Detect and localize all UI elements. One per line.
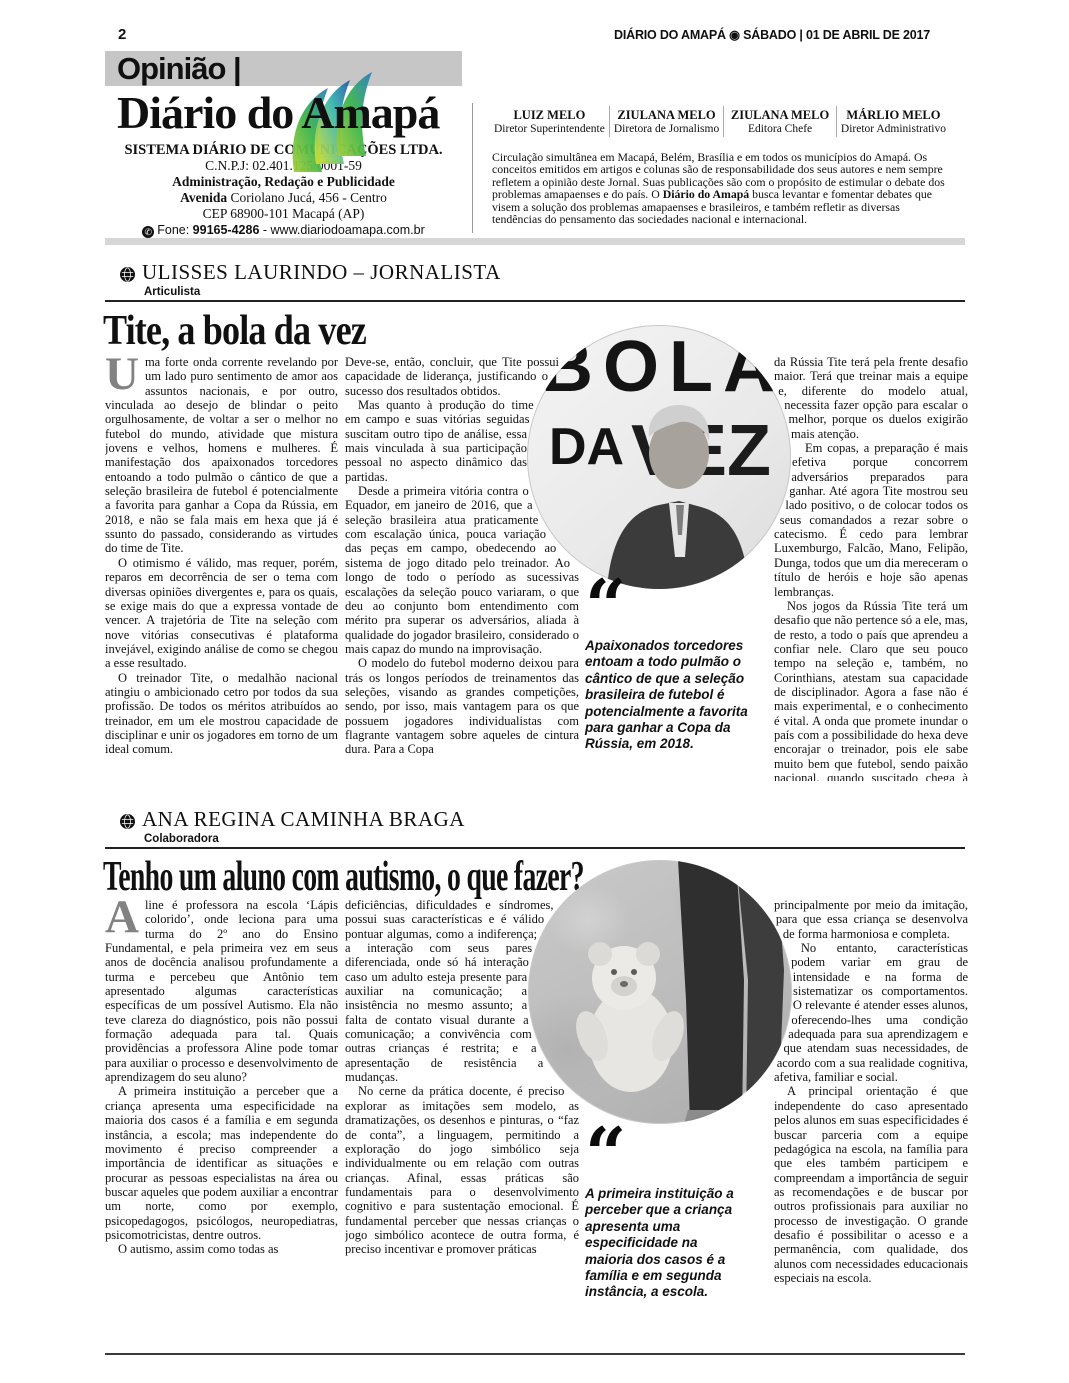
- newspaper-page: 2 DIÁRIO DO AMAPÁ ◉ SÁBADO | 01 DE ABRIL…: [0, 0, 1069, 1383]
- paragraph: No entanto, características podem variar…: [774, 941, 968, 1084]
- edition-date: SÁBADO | 01 DE ABRIL DE 2017: [743, 28, 930, 42]
- article2-headline: Tenho um aluno com autismo, o que fazer?: [103, 853, 584, 901]
- page-bottom-rule: [105, 1353, 965, 1355]
- company-cnpj: C.N.P.J: 02.401.125/0001-59: [105, 158, 462, 174]
- paragraph: O autismo, assim como todas as: [105, 1242, 338, 1256]
- directors-row: LUIZ MELO Diretor Superintendente ZIULAN…: [490, 106, 950, 137]
- section-banner: Opinião |: [105, 51, 462, 86]
- paragraph: O treinador Tite, o medalhão nacional at…: [105, 671, 338, 757]
- edition-paper-name: DIÁRIO DO AMAPÁ: [614, 28, 726, 42]
- section-divider-strip: [105, 238, 965, 245]
- director-cell: LUIZ MELO Diretor Superintendente: [490, 106, 609, 137]
- paragraph: Nos jogos da Rússia Tite terá um desafio…: [774, 599, 968, 781]
- director-cell: ZIULANA MELO Editora Chefe: [723, 106, 836, 137]
- article1-column-3: da Rússia Tite terá pela frente desafio …: [774, 355, 968, 781]
- man-in-suit-photo-figure: [527, 325, 791, 589]
- circulation-notice: Circulação simultânea em Macapá, Belém, …: [492, 151, 950, 225]
- paragraph: Aline é professora na escola ‘Lápis colo…: [105, 898, 338, 1084]
- phone-icon: ✆: [142, 226, 154, 238]
- paper-logo-icon: ◉: [729, 28, 740, 42]
- globe-icon: [120, 267, 135, 282]
- director-cell: ZIULANA MELO Diretora de Jornalismo: [609, 106, 723, 137]
- quote-mark-icon: “: [585, 1126, 735, 1182]
- drop-cap: U: [105, 356, 139, 393]
- paragraph: Em copas, a preparação é mais efetiva po…: [774, 441, 968, 599]
- article2-photo-child-teddy: [528, 860, 792, 1124]
- page-number: 2: [118, 26, 126, 43]
- article1-author-role: Articulista: [144, 286, 200, 298]
- drop-cap: A: [105, 899, 139, 936]
- article1-column-1: Uma forte onda corrente revelando por um…: [105, 355, 338, 781]
- section-label: Opinião |: [105, 51, 462, 87]
- company-name: SISTEMA DIÁRIO DE COMUNICAÇÕES LTDA.: [105, 142, 462, 158]
- company-dept: Administração, Redação e Publicidade: [105, 174, 462, 190]
- paragraph: Uma forte onda corrente revelando por um…: [105, 355, 338, 556]
- paragraph: A principal orientação é que independent…: [774, 1084, 968, 1285]
- pull-quote-text: Apaixonados torcedores entoam a todo pul…: [585, 638, 770, 753]
- paragraph: O otimismo é válido, mas requer, porém, …: [105, 556, 338, 671]
- masthead-info: SISTEMA DIÁRIO DE COMUNICAÇÕES LTDA. C.N…: [105, 142, 462, 238]
- byline-rule: [105, 847, 965, 849]
- article2-column-3: principalmente por meio da imitação, par…: [774, 898, 968, 1347]
- paragraph: O modelo do futebol moderno deixou para …: [345, 656, 579, 756]
- paragraph: da Rússia Tite terá pela frente desafio …: [774, 355, 968, 441]
- paragraph: A primeira instituição a perceber que a …: [105, 1084, 338, 1242]
- article2-author: ANA REGINA CAMINHA BRAGA: [142, 807, 465, 832]
- paragraph: principalmente por meio da imitação, par…: [774, 898, 968, 941]
- company-phone-line: ✆Fone: 99165-4286 - www.diariodoamapa.co…: [105, 222, 462, 238]
- edition-line: DIÁRIO DO AMAPÁ ◉ SÁBADO | 01 DE ABRIL D…: [430, 27, 930, 42]
- company-address: Avenida Coriolano Jucá, 456 - Centro: [105, 190, 462, 206]
- globe-icon: [120, 814, 135, 829]
- quote-mark-icon: “: [585, 578, 770, 634]
- article1-author: ULISSES LAURINDO – JORNALISTA: [142, 260, 501, 285]
- child-legs-teddy-figure: [528, 860, 792, 1124]
- article2-pull-quote: “ A primeira instituição a perceber que …: [585, 1126, 735, 1301]
- company-cep: CEP 68900-101 Macapá (AP): [105, 206, 462, 222]
- article2-column-1: Aline é professora na escola ‘Lápis colo…: [105, 898, 338, 1347]
- website-url: - www.diariodoamapa.com.br: [259, 223, 424, 237]
- article1-headline: Tite, a bola da vez: [103, 307, 366, 355]
- director-cell: MÁRLIO MELO Diretor Administrativo: [836, 106, 950, 137]
- phone-number: 99165-4286: [193, 223, 260, 237]
- article1-photo-tite: BOLA DA VEZ: [527, 325, 791, 589]
- article1-pull-quote: “ Apaixonados torcedores entoam a todo p…: [585, 578, 770, 753]
- newspaper-name: Diário do Amapá: [117, 86, 439, 139]
- pull-quote-text: A primeira instituição a perceber que a …: [585, 1186, 735, 1301]
- masthead-divider: [472, 103, 473, 233]
- byline-rule: [105, 300, 965, 302]
- article2-author-role: Colaboradora: [144, 833, 219, 845]
